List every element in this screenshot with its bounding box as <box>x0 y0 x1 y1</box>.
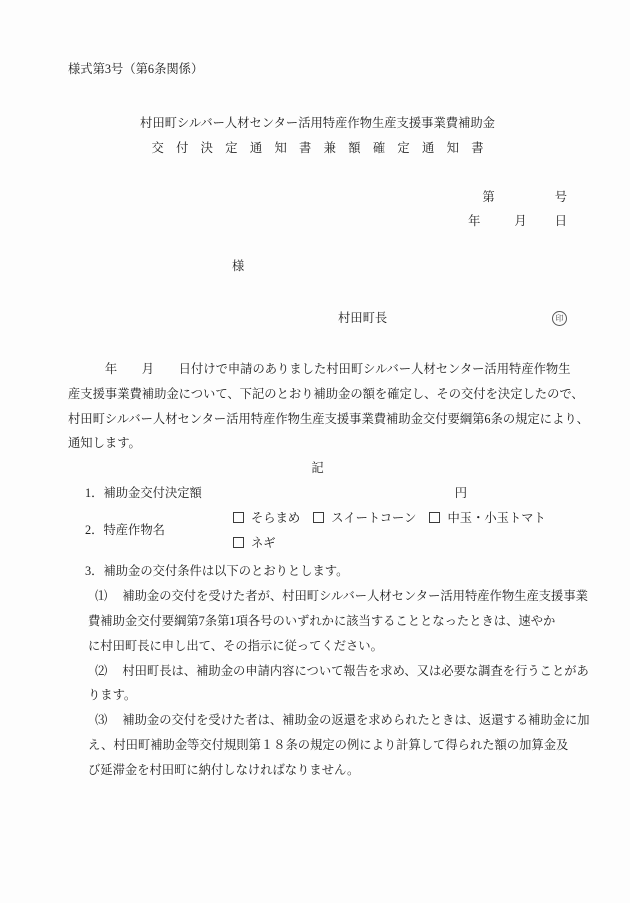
checkbox-soramame-icon[interactable] <box>233 512 244 523</box>
condition-1-line: に村田町長に申し出て、その指示に従ってください。 <box>88 634 567 659</box>
condition-1: ⑴補助金の交付を受けた者が、村田町シルバー人材センター活用特産作物生産支援事業 … <box>88 584 567 658</box>
item-grant-amount: 1．補助金交付決定額 円 <box>85 481 567 506</box>
document-number-line: 第号 <box>68 189 567 206</box>
condition-3-line: ⑶補助金の交付を受けた者は、補助金の返還を求められたときは、返還する補助金に加 <box>88 708 567 733</box>
condition-2-text: 村田町長は、補助金の申請内容について報告を求め、又は必要な調査を行うことがあ <box>122 664 589 678</box>
seal-icon: 印 <box>552 311 567 326</box>
notice-record-marker: 記 <box>68 456 567 481</box>
option-tomato-label: 中玉・小玉トマト <box>447 511 545 525</box>
doc-number-suffix: 号 <box>555 190 567 204</box>
crop-options-row-2: ネギ <box>233 531 556 556</box>
sender-line: 村田町長 印 <box>338 310 567 327</box>
condition-1-number: ⑴ <box>95 589 107 603</box>
condition-1-line: 費補助金交付要綱第7条第1項各号のいずれかに該当することとなったときは、速やか <box>88 609 567 634</box>
body-line: 村田町シルバー人材センター活用特産作物生産支援事業費補助金交付要綱第6条の規定に… <box>68 407 567 432</box>
body-line: 産支援事業費補助金について、下記のとおり補助金の額を確定し、その交付を決定したの… <box>68 382 567 407</box>
sender-title: 村田町長 <box>338 310 387 327</box>
condition-1-text: 補助金の交付を受けた者が、村田町シルバー人材センター活用特産作物生産支援事業 <box>122 589 588 603</box>
option-sweet-corn-label: スイートコーン <box>331 511 416 525</box>
seal-character: 印 <box>556 310 564 327</box>
body-paragraph: 年 月 日付けで申請のありました村田町シルバー人材センター活用特産作物生 産支援… <box>68 357 567 456</box>
item-conditions-label: 補助金の交付条件は以下のとおりとします。 <box>103 564 348 578</box>
checkbox-negi-icon[interactable] <box>233 537 244 548</box>
condition-3-text: 補助金の交付を受けた者は、補助金の返還を求められたときは、返還する補助金に加 <box>122 713 589 727</box>
date-year-label: 年 <box>468 214 480 228</box>
item-crop-name: 2．特産作物名 そらまめ スイートコーン 中玉・小玉トマト ネギ <box>85 506 567 556</box>
option-sweet-corn: スイートコーン <box>313 511 416 525</box>
date-line: 年月日 <box>68 213 567 230</box>
condition-3-number: ⑶ <box>95 713 107 727</box>
condition-2-line: ⑵村田町長は、補助金の申請内容について報告を求め、又は必要な調査を行うことがあ <box>88 659 567 684</box>
date-month-label: 月 <box>514 214 526 228</box>
condition-3-line: び延滞金を村田町に納付しなければなりません。 <box>88 758 567 783</box>
currency-unit-label: 円 <box>455 481 467 506</box>
document-title-line2: 交 付 決 定 通 知 書 兼 額 確 定 通 知 書 <box>68 140 567 157</box>
option-negi-label: ネギ <box>251 536 276 550</box>
condition-1-line: ⑴補助金の交付を受けた者が、村田町シルバー人材センター活用特産作物生産支援事業 <box>88 584 567 609</box>
condition-2-line: ります。 <box>88 683 567 708</box>
addressee-line: 様 <box>232 258 567 275</box>
checkbox-tomato-icon[interactable] <box>429 512 440 523</box>
condition-2-number: ⑵ <box>95 664 107 678</box>
items-section: 1．補助金交付決定額 円 2．特産作物名 そらまめ スイートコーン 中玉・小玉ト… <box>68 481 567 783</box>
addressee-honorific: 様 <box>232 259 244 273</box>
option-soramame: そらまめ <box>233 511 300 525</box>
item-crop-name-number: 2． <box>85 523 103 537</box>
condition-3: ⑶補助金の交付を受けた者は、補助金の返還を求められたときは、返還する補助金に加 … <box>88 708 567 782</box>
item-conditions-heading: 3．補助金の交付条件は以下のとおりとします。 <box>85 559 567 584</box>
option-tomato: 中玉・小玉トマト <box>429 511 545 525</box>
crop-options-row-1: そらまめ スイートコーン 中玉・小玉トマト <box>233 506 556 531</box>
checkbox-sweet-corn-icon[interactable] <box>313 512 324 523</box>
document-title-line1: 村田町シルバー人材センター活用特産作物生産支援事業費補助金 <box>68 115 567 132</box>
item-grant-amount-number: 1． <box>85 486 103 500</box>
condition-3-line: え、村田町補助金等交付規則第１８条の規定の例により計算して得られた額の加算金及 <box>88 733 567 758</box>
option-negi: ネギ <box>233 536 276 550</box>
item-grant-amount-label: 補助金交付決定額 <box>103 486 201 500</box>
body-line: 年 月 日付けで申請のありました村田町シルバー人材センター活用特産作物生 <box>68 357 567 382</box>
doc-number-prefix: 第 <box>482 190 494 204</box>
condition-2: ⑵村田町長は、補助金の申請内容について報告を求め、又は必要な調査を行うことがあ … <box>88 659 567 709</box>
item-grant-amount-text: 1．補助金交付決定額 <box>85 481 202 506</box>
item-conditions-number: 3． <box>85 564 103 578</box>
body-line: 通知します。 <box>68 431 567 456</box>
item-crop-name-text: 2．特産作物名 <box>85 518 233 543</box>
date-day-label: 日 <box>555 214 567 228</box>
document-page: 様式第3号（第6条関係） 村田町シルバー人材センター活用特産作物生産支援事業費補… <box>0 0 630 903</box>
item-crop-name-label: 特産作物名 <box>103 523 165 537</box>
crop-options: そらまめ スイートコーン 中玉・小玉トマト ネギ <box>233 506 556 556</box>
form-number-label: 様式第3号（第6条関係） <box>68 60 567 78</box>
option-soramame-label: そらまめ <box>251 511 300 525</box>
